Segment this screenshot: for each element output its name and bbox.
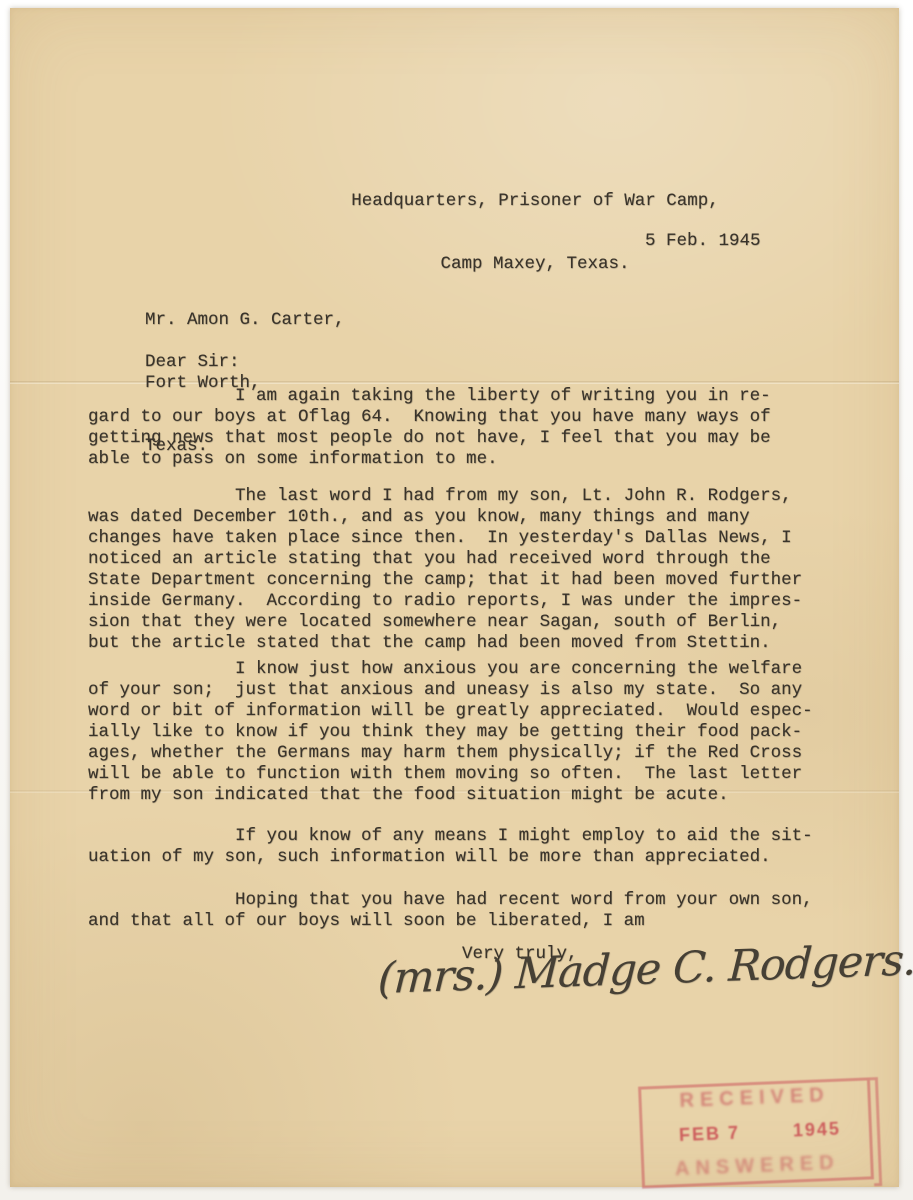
paragraph-1: I am again taking the liberty of writing… [88,386,850,470]
stamp-date-day: FEB 7 [679,1123,741,1146]
signature: (mrs.) Madge C. Rodgers. [377,935,913,1004]
salutation: Dear Sir: [145,352,240,373]
recipient-name: Mr. Amon G. Carter, [145,310,345,331]
letter-date: 5 Feb. 1945 [645,231,761,252]
fold-line-upper [10,381,899,384]
stamp-answered-label: ANSWERED [654,1151,861,1182]
paragraph-3: I know just how anxious you are concerni… [88,659,850,806]
stamp-date: FEB 7 1945 [653,1118,860,1147]
stamp-received-label: RECEIVED [651,1083,858,1114]
letterhead-line1: Headquarters, Prisoner of War Camp, [180,191,890,212]
scan-background: Headquarters, Prisoner of War Camp, Camp… [0,0,913,1200]
letter-paper: Headquarters, Prisoner of War Camp, Camp… [10,8,899,1187]
stamp-date-year: 1945 [792,1119,841,1142]
stamp-border-detail [870,1077,882,1186]
received-stamp: RECEIVED FEB 7 1945 ANSWERED [638,1077,874,1188]
paragraph-2: The last word I had from my son, Lt. Joh… [88,486,850,654]
paragraph-5: Hoping that you have had recent word fro… [88,890,850,932]
paragraph-4: If you know of any means I might employ … [88,826,850,868]
